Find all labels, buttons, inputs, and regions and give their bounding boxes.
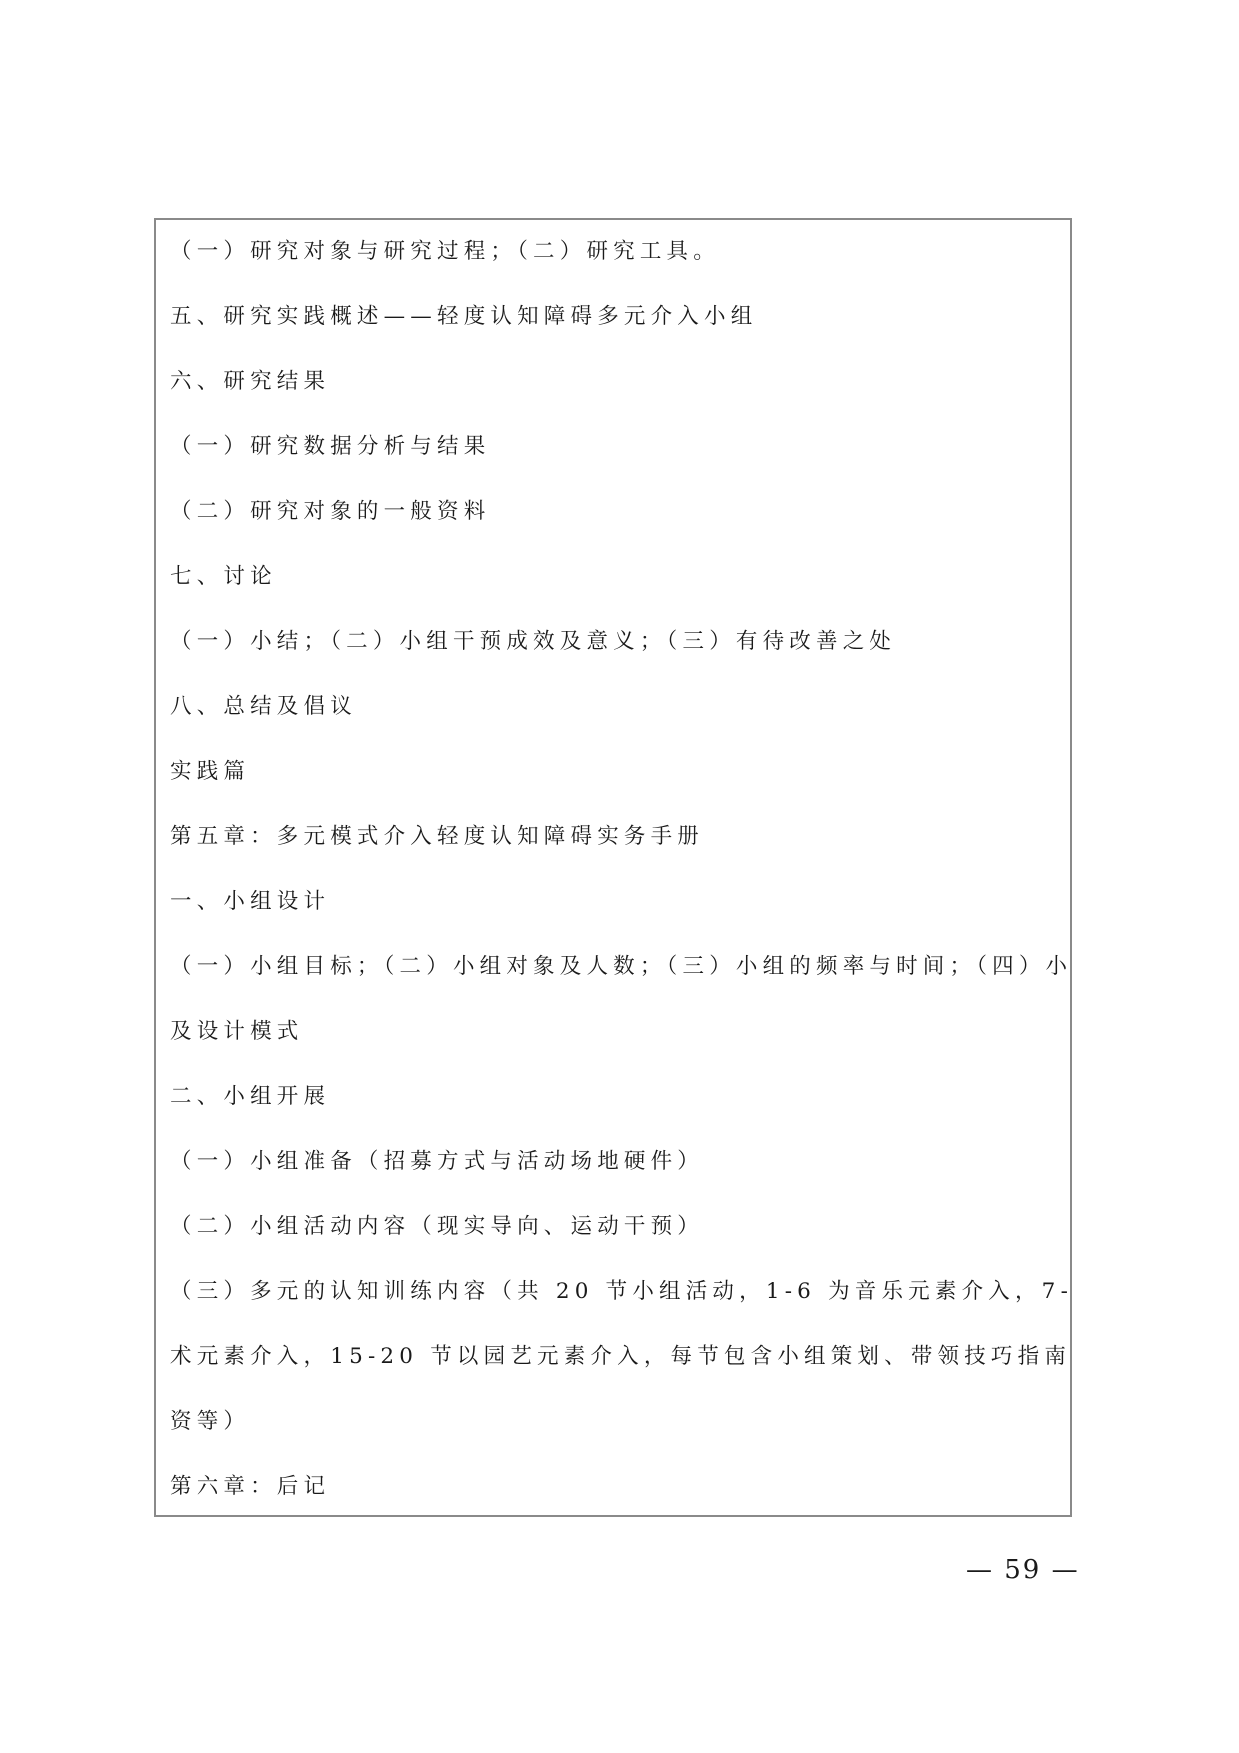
toc-line-section-eight: 八、总结及倡议 [170, 687, 1070, 727]
toc-line-section-seven: 七、讨论 [170, 557, 1070, 597]
toc-line-section-five: 五、研究实践概述——轻度认知障碍多元介入小组 [170, 297, 1070, 337]
toc-line-research-subjects: （一）研究对象与研究过程；（二）研究工具。 [170, 232, 1070, 272]
toc-line-cognitive-training-end: 资等） [170, 1402, 1070, 1442]
toc-line-group-design-items-cont: 及设计模式 [170, 1012, 1070, 1052]
toc-line-cognitive-training-cont: 术元素介入，15-20 节以园艺元素介入，每节包含小组策划、带领技巧指南、所需物 [170, 1337, 1070, 1377]
toc-line-group-design: 一、小组设计 [170, 882, 1070, 922]
toc-line-group-design-items: （一）小组目标；（二）小组对象及人数；（三）小组的频率与时间；（四）小组内容 [170, 947, 1070, 987]
toc-line-group-preparation: （一）小组准备（招募方式与活动场地硬件） [170, 1142, 1070, 1182]
page-number: — 59 — [966, 1552, 1080, 1588]
toc-line-general-info: （二）研究对象的一般资料 [170, 492, 1070, 532]
toc-line-cognitive-training: （三）多元的认知训练内容（共 20 节小组活动，1-6 为音乐元素介入，7-14… [170, 1272, 1070, 1312]
toc-line-discussion-items: （一）小结；（二）小组干预成效及意义；（三）有待改善之处 [170, 622, 1070, 662]
table-of-contents-box: （一）研究对象与研究过程；（二）研究工具。 五、研究实践概述——轻度认知障碍多元… [154, 218, 1072, 1517]
toc-line-practice-part: 实践篇 [170, 752, 1070, 792]
toc-line-group-activities: （二）小组活动内容（现实导向、运动干预） [170, 1207, 1070, 1247]
toc-line-chapter-six: 第六章：后记 [170, 1467, 1070, 1507]
toc-line-section-six: 六、研究结果 [170, 362, 1070, 402]
toc-line-data-analysis: （一）研究数据分析与结果 [170, 427, 1070, 467]
toc-line-group-development: 二、小组开展 [170, 1077, 1070, 1117]
toc-line-chapter-five: 第五章：多元模式介入轻度认知障碍实务手册 [170, 817, 1070, 857]
